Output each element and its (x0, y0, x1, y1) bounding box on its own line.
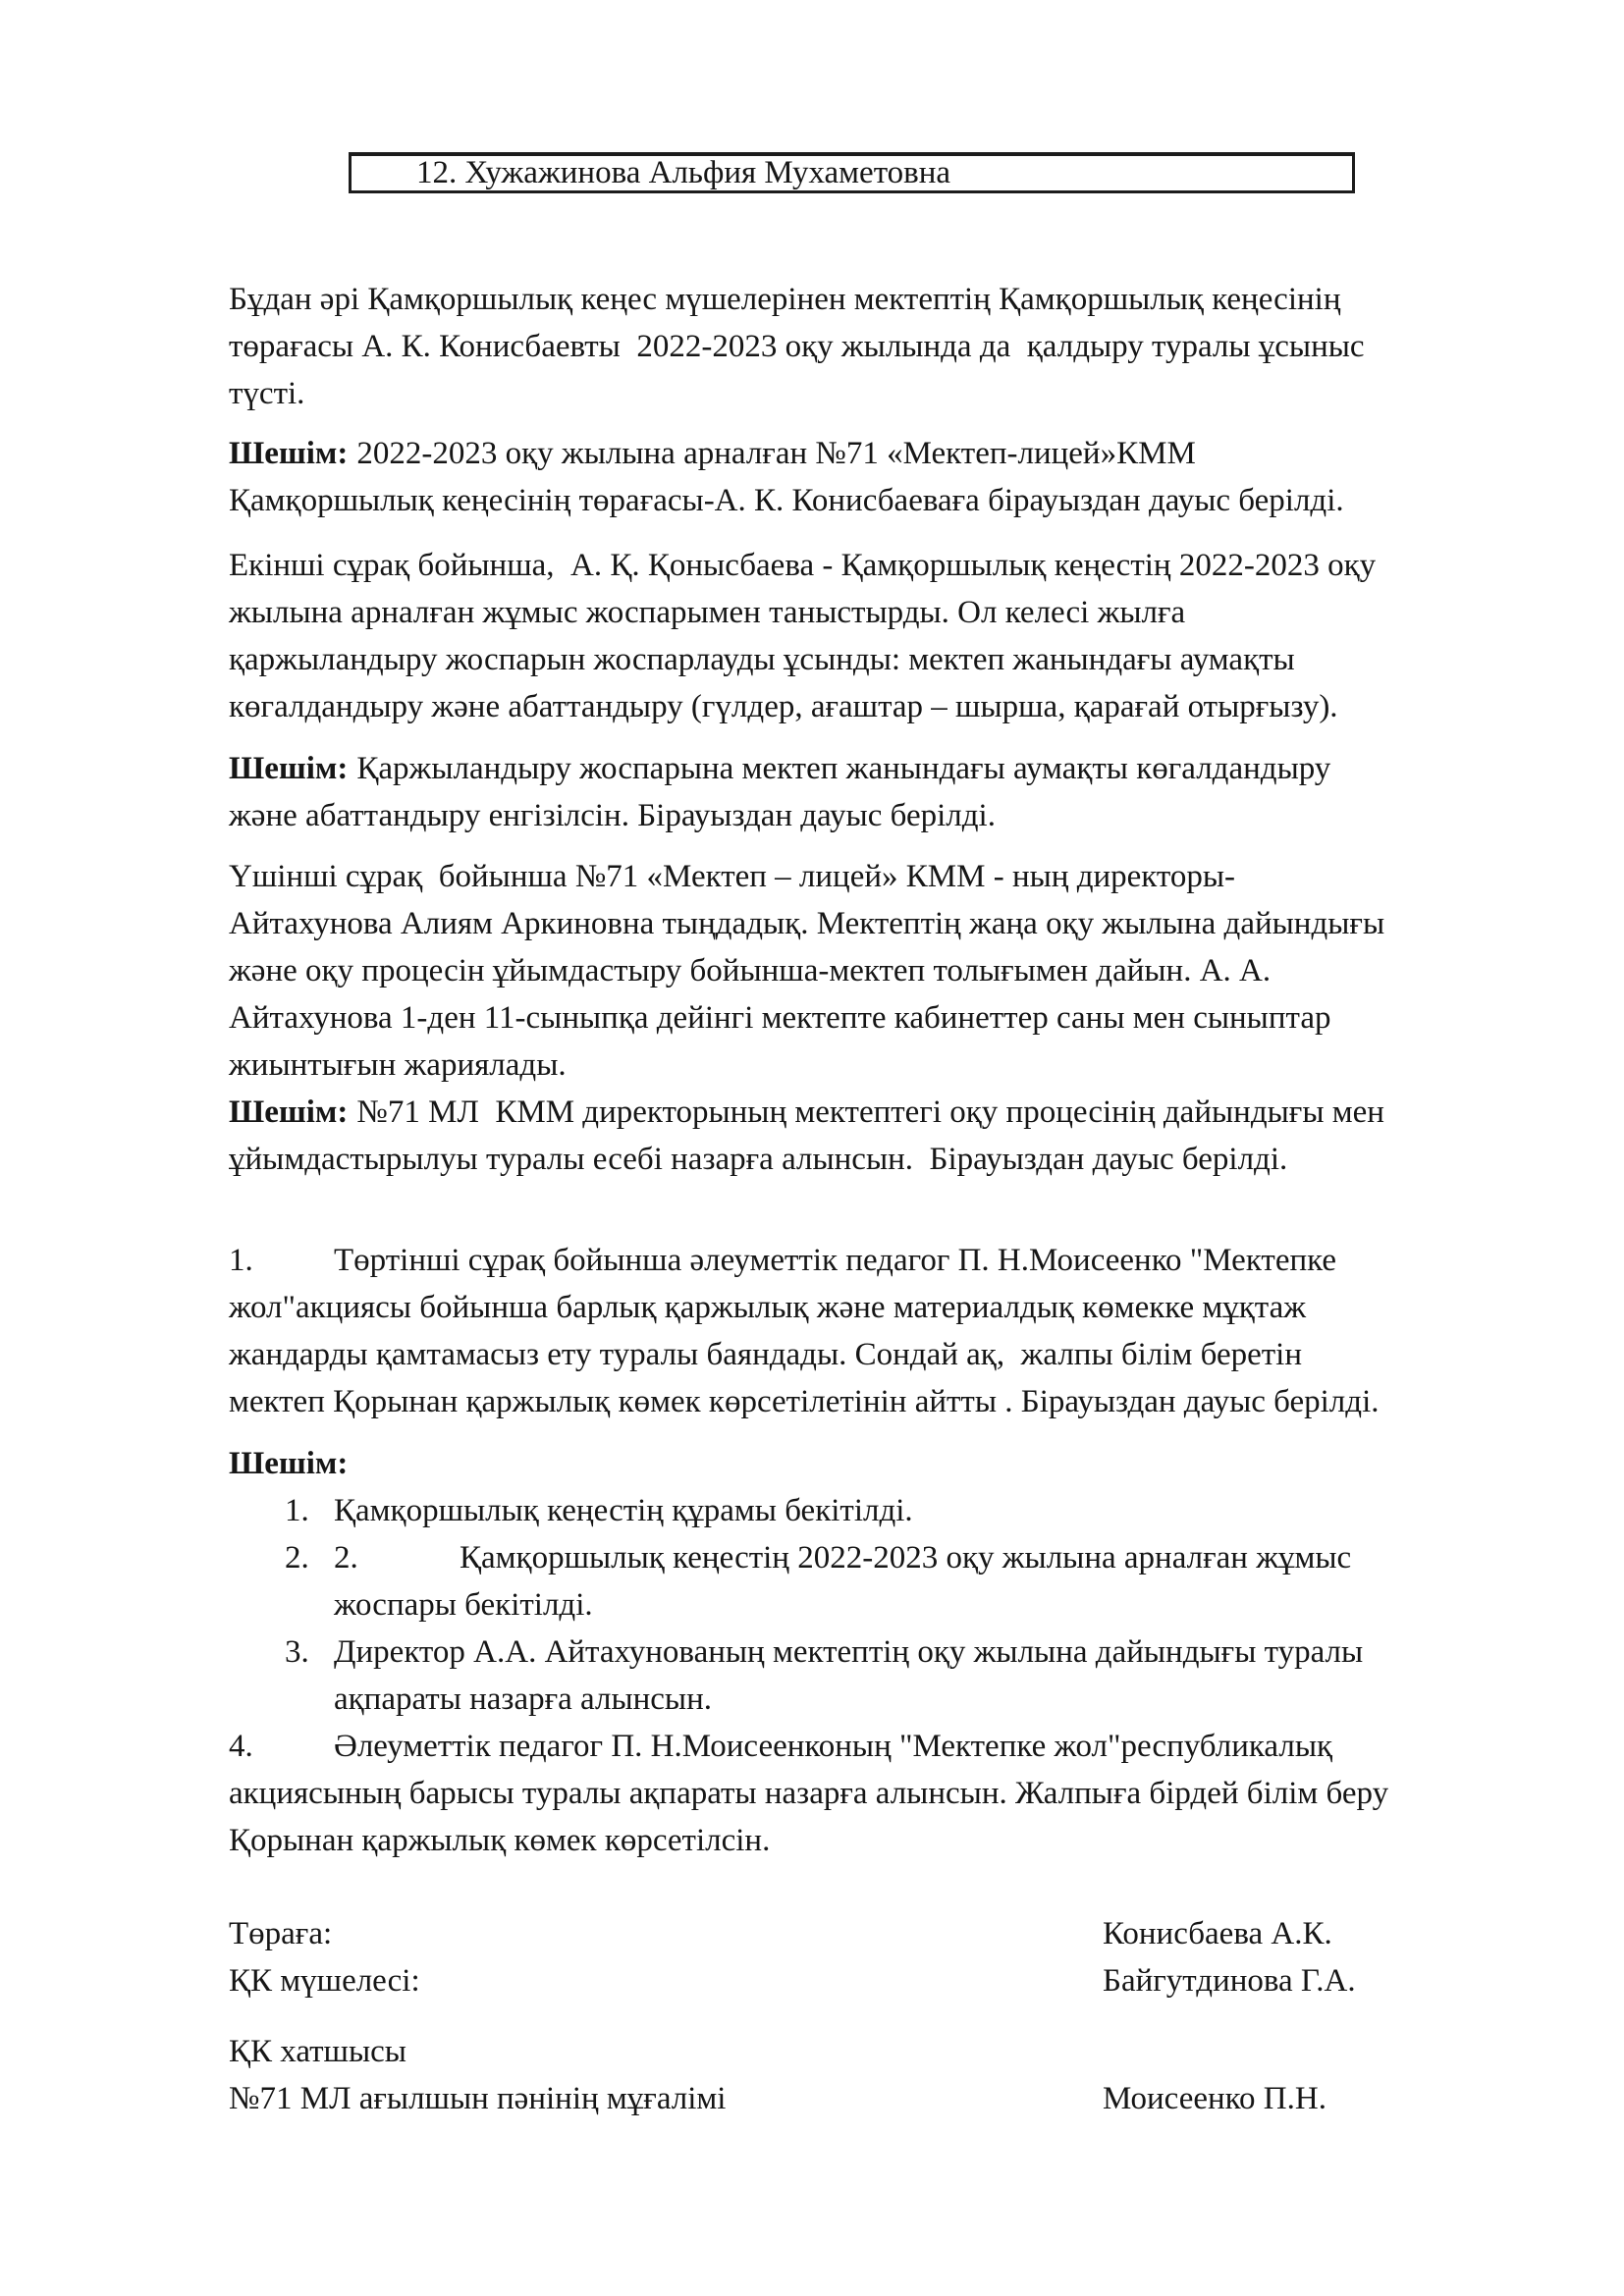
paragraph-text: №71 МЛ КММ директорының мектептегі оқу п… (229, 1095, 1392, 1177)
member-name-box: 12. Хужажинова Альфия Мухаметовна (349, 152, 1355, 193)
inner-number: 2. (334, 1534, 460, 1581)
signature-role: ҚК хатшысы (229, 2028, 1103, 2075)
paragraph-decision-1: Шешім:2022-2023 оқу жылына арналған №71 … (229, 430, 1397, 524)
paragraph-text: Әлеуметтік педагог П. Н.Моисеенконың "Ме… (229, 1729, 1396, 1858)
decision-label: Шешім: (229, 436, 348, 471)
paragraph-decision-2: Шешім:Қаржыландыру жоспарына мектеп жаны… (229, 745, 1397, 839)
paragraph-text: Төртінші сұрақ бойынша әлеуметтік педаго… (229, 1243, 1379, 1419)
list-item-text: Қамқоршылық кеңестің 2022-2023 оқу жылын… (334, 1540, 1359, 1623)
signature-row-secretary: №71 МЛ ағылшын пәнінің мұғаліміМоисеенко… (229, 2075, 1397, 2122)
list-item-text: Қамқоршылық кеңестің құрамы бекітілді. (334, 1493, 913, 1528)
paragraph-number: 1. (229, 1237, 334, 1284)
signature-row-secretary-title: ҚК хатшысы (229, 2028, 1397, 2075)
signature-role: №71 МЛ ағылшын пәнінің мұғалімі (229, 2075, 1103, 2122)
paragraph-number: 4. (229, 1723, 334, 1770)
decision-label: Шешім: (229, 1095, 348, 1130)
paragraph-text: Қаржыландыру жоспарына мектеп жанындағы … (229, 751, 1339, 833)
list-item-text: Директор А.А. Айтахунованың мектептің оқ… (334, 1634, 1371, 1717)
document-page: 12. Хужажинова Альфия Мухаметовна Бұдан … (0, 0, 1624, 2296)
signature-name: Байгутдинова Г.А. (1103, 1957, 1356, 2004)
paragraph-text: 2022-2023 оқу жылына арналған №71 «Мекте… (229, 436, 1344, 518)
signature-row-member: ҚК мүшелесі:Байгутдинова Г.А. (229, 1957, 1397, 2004)
signature-row-chairman: Төраға:Конисбаева А.К. (229, 1910, 1397, 1957)
signature-role: ҚК мүшелесі: (229, 1957, 1103, 2004)
decision-list-item: 3.Директор А.А. Айтахунованың мектептің … (229, 1629, 1397, 1723)
list-marker: 3. (285, 1629, 309, 1676)
signature-group-secretary: ҚК хатшысы №71 МЛ ағылшын пәнінің мұғалі… (229, 2028, 1397, 2122)
paragraph-third-question: Үшінші сұрақ бойынша №71 «Мектеп – лицей… (229, 853, 1397, 1089)
decision-heading: Шешім: (229, 1440, 1397, 1487)
list-marker: 1. (285, 1487, 309, 1534)
member-name-text: 12. Хужажинова Альфия Мухаметовна (416, 155, 950, 191)
decision-label: Шешім: (229, 751, 348, 786)
list-marker: 2. (285, 1534, 309, 1581)
paragraph-decision-item-4: 4.Әлеуметтік педагог П. Н.Моисеенконың "… (229, 1723, 1397, 1864)
decision-list-item: 1.Қамқоршылық кеңестің құрамы бекітілді. (229, 1487, 1397, 1534)
paragraph-decision-3: Шешім:№71 МЛ КММ директорының мектептегі… (229, 1089, 1397, 1183)
paragraph-fourth-question: 1.Төртінші сұрақ бойынша әлеуметтік педа… (229, 1237, 1397, 1425)
paragraph-second-question: Екінші сұрақ бойынша, А. Қ. Қонысбаева -… (229, 542, 1397, 730)
paragraph-text: Үшінші сұрақ бойынша №71 «Мектеп – лицей… (229, 859, 1392, 1083)
paragraph-text: Бұдан әрі Қамқоршылық кеңес мүшелерінен … (229, 282, 1373, 411)
signature-name: Конисбаева А.К. (1103, 1910, 1332, 1957)
decision-list-item: 2.2.Қамқоршылық кеңестің 2022-2023 оқу ж… (229, 1534, 1397, 1629)
paragraph-proposal: Бұдан әрі Қамқоршылық кеңес мүшелерінен … (229, 276, 1397, 417)
signature-name: Моисеенко П.Н. (1103, 2075, 1326, 2122)
paragraph-text: Екінші сұрақ бойынша, А. Қ. Қонысбаева -… (229, 548, 1383, 724)
signature-role: Төраға: (229, 1910, 1103, 1957)
signature-block: Төраға:Конисбаева А.К. ҚК мүшелесі:Байгу… (229, 1910, 1397, 2122)
